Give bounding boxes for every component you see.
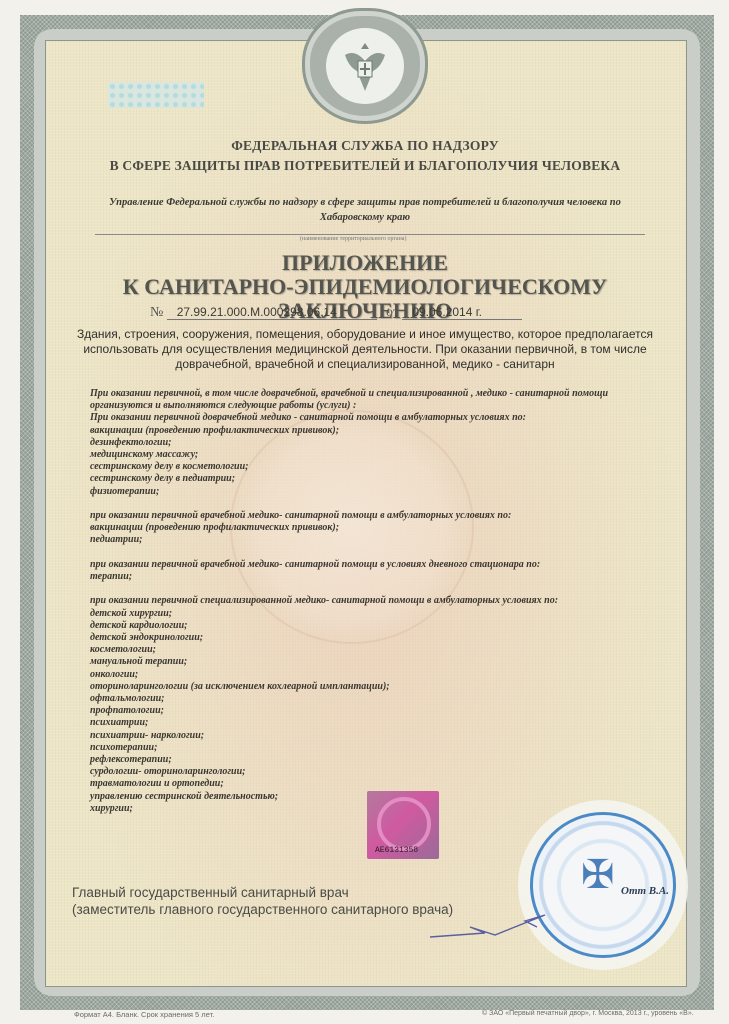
signer-position-line2: (заместитель главного государственного с… [72, 901, 453, 918]
signer-position: Главный государственный санитарный врач … [72, 884, 453, 918]
works-item: детской кардиологии; [90, 620, 650, 632]
section-gap [90, 498, 650, 510]
date-field: 09.06.2014 г. [402, 305, 522, 320]
department-line1: Управление Федеральной службы по надзору… [70, 195, 660, 210]
section-gap [90, 547, 650, 559]
works-item: детской хирургии; [90, 608, 650, 620]
works-item: косметологии; [90, 644, 650, 656]
works-section-heading: при оказании первичной врачебной медико-… [90, 559, 650, 571]
works-item: профпатологии; [90, 705, 650, 717]
works-item: рефлексотерапии; [90, 754, 650, 766]
document-date: 09.06.2014 г. [412, 305, 482, 319]
works-item: вакцинации (проведению профилактических … [90, 522, 650, 534]
works-item: физиотерапии; [90, 486, 650, 498]
document-number-line: № 27.99.21.000.М.000298.06.14 от 09.06.2… [150, 305, 522, 321]
hologram-sticker: АЕ6131358 [367, 791, 439, 859]
works-intro-line2: организуются и выполняются следующие раб… [90, 400, 650, 412]
seal-eagle-icon: ✠ [581, 851, 615, 898]
signer-name: Отт В.А. [621, 885, 669, 897]
department-line2: Хабаровскому краю [70, 210, 660, 225]
handwritten-signature [425, 905, 555, 945]
works-section-heading: при оказании первичной врачебной медико-… [90, 510, 650, 522]
department-name: Управление Федеральной службы по надзору… [70, 195, 660, 225]
works-item: медицинскому массажу; [90, 449, 650, 461]
works-section-heading: при оказании первичной специализированно… [90, 595, 650, 607]
number-label: № [150, 305, 163, 320]
works-item: детской эндокринологии; [90, 632, 650, 644]
agency-title-line1: ФЕДЕРАЛЬНАЯ СЛУЖБА ПО НАДЗОРУ [60, 138, 670, 154]
department-underline [95, 234, 645, 235]
works-item: сурдологии- оториноларингологии; [90, 766, 650, 778]
works-item: офтальмологии; [90, 693, 650, 705]
works-intro-line1: При оказании первичной, в том числе довр… [90, 388, 650, 400]
footer-format: Формат А4. Бланк. Срок хранения 5 лет. [74, 1010, 214, 1019]
number-field: 27.99.21.000.М.000298.06.14 [167, 305, 377, 320]
footer-printer: © ЗАО «Первый печатный двор», г. Москва,… [482, 1010, 694, 1017]
works-item: психиатрии; [90, 717, 650, 729]
works-item: онкологии; [90, 669, 650, 681]
department-caption: (наименование территориального органа) [300, 236, 406, 242]
section-gap [90, 583, 650, 595]
object-description: Здания, строения, сооружения, помещения,… [65, 327, 665, 372]
date-label: от [386, 305, 399, 320]
works-item: психотерапии; [90, 742, 650, 754]
hologram-logo-icon [377, 797, 431, 851]
works-list: При оказании первичной, в том числе довр… [90, 388, 650, 815]
works-item: вакцинации (проведению профилактических … [90, 425, 650, 437]
document-number: 27.99.21.000.М.000298.06.14 [177, 305, 337, 319]
double-headed-eagle-icon [326, 28, 404, 104]
works-section-heading: При оказании первичной доврачебной медик… [90, 412, 650, 424]
works-item: оториноларингологии (за исключением кохл… [90, 681, 650, 693]
coat-of-arms-badge [310, 16, 420, 116]
works-item: терапии; [90, 571, 650, 583]
agency-title-line2: В СФЕРЕ ЗАЩИТЫ ПРАВ ПОТРЕБИТЕЛЕЙ И БЛАГО… [60, 158, 670, 174]
hologram-serial: АЕ6131358 [375, 846, 418, 855]
signer-position-line1: Главный государственный санитарный врач [72, 884, 453, 901]
works-item: психиатрии- наркологии; [90, 730, 650, 742]
security-hologram-strip [108, 82, 204, 108]
works-item: сестринскому делу в косметологии; [90, 461, 650, 473]
works-item: педиатрии; [90, 534, 650, 546]
works-item: мануальной терапии; [90, 656, 650, 668]
works-item: сестринскому делу в педиатрии; [90, 473, 650, 485]
works-item: дезинфектологии; [90, 437, 650, 449]
document-title-line1: ПРИЛОЖЕНИЕ [40, 251, 690, 275]
works-item: травматологии и ортопедии; [90, 778, 650, 790]
